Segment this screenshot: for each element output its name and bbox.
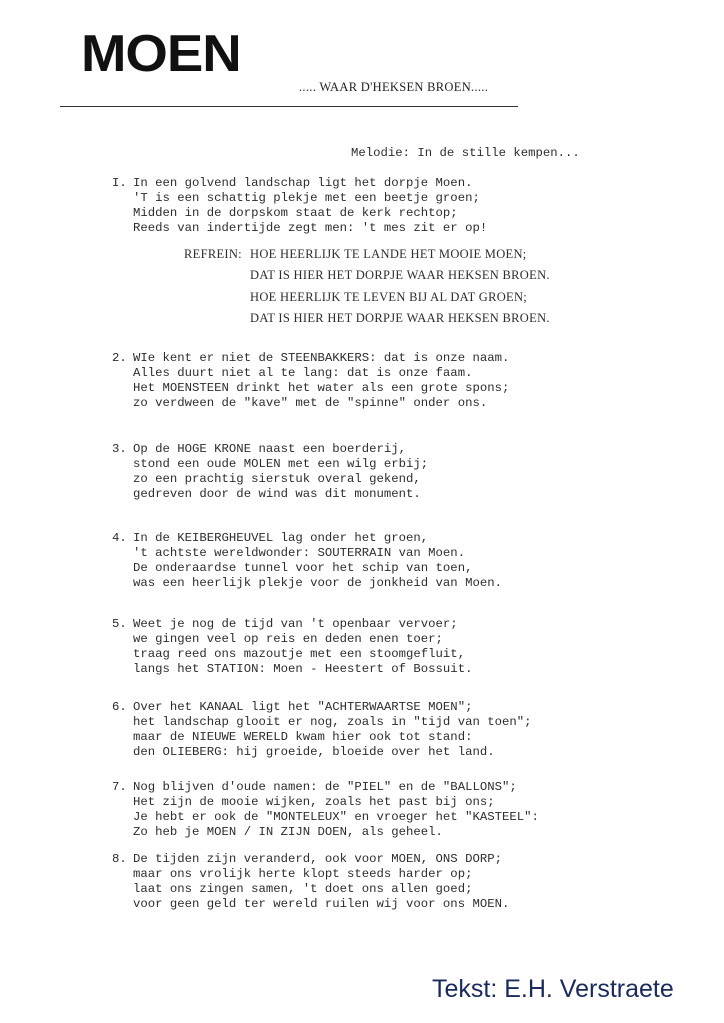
- verse-text: De tijden zijn veranderd, ook voor MOEN,…: [133, 852, 502, 866]
- verse-line: voor geen geld ter wereld ruilen wij voo…: [112, 897, 509, 912]
- verse-text: traag reed ons mazoutje met een stoomgef…: [133, 647, 465, 661]
- verse: 8.De tijden zijn veranderd, ook voor MOE…: [112, 852, 509, 912]
- verse-text: Het MOENSTEEN drinkt het water als een g…: [133, 381, 509, 395]
- verse-text: langs het STATION: Moen - Heestert of Bo…: [133, 662, 472, 676]
- verse-number: 5.: [112, 617, 133, 632]
- refrain-label: REFREIN:: [184, 244, 250, 265]
- verse-line: zo verdween de "kave" met de "spinne" on…: [112, 396, 509, 411]
- verse: 7.Nog blijven d'oude namen: de "PIEL" en…: [112, 780, 539, 840]
- verse-line: langs het STATION: Moen - Heestert of Bo…: [112, 662, 472, 677]
- verse-text: laat ons zingen samen, 't doet ons allen…: [133, 882, 472, 896]
- verse-number: 3.: [112, 442, 133, 457]
- verse: 3.Op de HOGE KRONE naast een boerderij,s…: [112, 442, 428, 502]
- verse-line: De onderaardse tunnel voor het schip van…: [112, 561, 502, 576]
- verse-line: Het zijn de mooie wijken, zoals het past…: [112, 795, 539, 810]
- verse: 4.In de KEIBERGHEUVEL lag onder het groe…: [112, 531, 502, 591]
- verse-text: 'T is een schattig plekje met een beetje…: [133, 191, 480, 205]
- verse-line: Midden in de dorpskom staat de kerk rech…: [112, 206, 487, 221]
- verse-text: maar de NIEUWE WERELD kwam hier ook tot …: [133, 730, 472, 744]
- verse-number: 7.: [112, 780, 133, 795]
- subtitle: ..... WAAR D'HEKSEN BROEN.....: [299, 80, 488, 95]
- verse-number: 8.: [112, 852, 133, 867]
- verse-line: 5.Weet je nog de tijd van 't openbaar ve…: [112, 617, 472, 632]
- verse-text: Alles duurt niet al te lang: dat is onze…: [133, 366, 472, 380]
- verse-number: 2.: [112, 351, 133, 366]
- verse-text: Het zijn de mooie wijken, zoals het past…: [133, 795, 495, 809]
- verse-text: stond een oude MOLEN met een wilg erbij;: [133, 457, 428, 471]
- verse-number: 4.: [112, 531, 133, 546]
- verse-text: Je hebt er ook de "MONTELEUX" en vroeger…: [133, 810, 539, 824]
- verse-line: het landschap glooit er nog, zoals in "t…: [112, 715, 531, 730]
- header-divider: [60, 106, 518, 107]
- verse-text: voor geen geld ter wereld ruilen wij voo…: [133, 897, 509, 911]
- verse-text: was een heerlijk plekje voor de jonkheid…: [133, 576, 502, 590]
- verse-text: Zo heb je MOEN / IN ZIJN DOEN, als gehee…: [133, 825, 443, 839]
- verse-line: 3.Op de HOGE KRONE naast een boerderij,: [112, 442, 428, 457]
- verse-text: Op de HOGE KRONE naast een boerderij,: [133, 442, 406, 456]
- verse-text: Midden in de dorpskom staat de kerk rech…: [133, 206, 458, 220]
- verse-text: De onderaardse tunnel voor het schip van…: [133, 561, 472, 575]
- verse-line: laat ons zingen samen, 't doet ons allen…: [112, 882, 509, 897]
- verse-text: Weet je nog de tijd van 't openbaar verv…: [133, 617, 458, 631]
- verse-text: Over het KANAAL ligt het "ACHTERWAARTSE …: [133, 700, 472, 714]
- verse-line: I.In een golvend landschap ligt het dorp…: [112, 176, 487, 191]
- verse-text: 't achtste wereldwonder: SOUTERRAIN van …: [133, 546, 465, 560]
- verse-line: 2.WIe kent er niet de STEENBAKKERS: dat …: [112, 351, 509, 366]
- verse-line: 4.In de KEIBERGHEUVEL lag onder het groe…: [112, 531, 502, 546]
- verse-line: traag reed ons mazoutje met een stoomgef…: [112, 647, 472, 662]
- melody-note: Melodie: In de stille kempen...: [351, 146, 580, 160]
- verse-line: Je hebt er ook de "MONTELEUX" en vroeger…: [112, 810, 539, 825]
- verse-line: gedreven door de wind was dit monument.: [112, 487, 428, 502]
- author-credit: Tekst: E.H. Verstraete: [432, 975, 674, 1004]
- refrain-line: HOE HEERLIJK TE LEVEN BIJ AL DAT GROEN;: [250, 290, 527, 304]
- verse-text: In een golvend landschap ligt het dorpje…: [133, 176, 472, 190]
- verse-line: was een heerlijk plekje voor de jonkheid…: [112, 576, 502, 591]
- verse-line: maar de NIEUWE WERELD kwam hier ook tot …: [112, 730, 531, 745]
- verse-line: zo een prachtig sierstuk overal gekend,: [112, 472, 428, 487]
- verse-line: 'T is een schattig plekje met een beetje…: [112, 191, 487, 206]
- verse-line: maar ons vrolijk herte klopt steeds hard…: [112, 867, 509, 882]
- verse-text: gedreven door de wind was dit monument.: [133, 487, 421, 501]
- verse: I.In een golvend landschap ligt het dorp…: [112, 176, 487, 236]
- verse: 6.Over het KANAAL ligt het "ACHTERWAARTS…: [112, 700, 531, 760]
- verse-line: we gingen veel op reis en deden enen toe…: [112, 632, 472, 647]
- verse-text: we gingen veel op reis en deden enen toe…: [133, 632, 443, 646]
- verse-line: 7.Nog blijven d'oude namen: de "PIEL" en…: [112, 780, 539, 795]
- verse: 2.WIe kent er niet de STEENBAKKERS: dat …: [112, 351, 509, 411]
- verse-text: zo een prachtig sierstuk overal gekend,: [133, 472, 421, 486]
- verse-number: 6.: [112, 700, 133, 715]
- verse-line: den OLIEBERG: hij groeide, bloeide over …: [112, 745, 531, 760]
- verse-number: I.: [112, 176, 133, 191]
- verse-line: 8.De tijden zijn veranderd, ook voor MOE…: [112, 852, 509, 867]
- verse-text: Reeds van indertijde zegt men: 't mes zi…: [133, 221, 487, 235]
- verse-line: Alles duurt niet al te lang: dat is onze…: [112, 366, 509, 381]
- verse-text: Nog blijven d'oude namen: de "PIEL" en d…: [133, 780, 517, 794]
- refrain: REFREIN:HOE HEERLIJK TE LANDE HET MOOIE …: [184, 244, 550, 329]
- refrain-line: HOE HEERLIJK TE LANDE HET MOOIE MOEN;: [250, 247, 527, 261]
- verse: 5.Weet je nog de tijd van 't openbaar ve…: [112, 617, 472, 677]
- verse-line: Zo heb je MOEN / IN ZIJN DOEN, als gehee…: [112, 825, 539, 840]
- verse-text: WIe kent er niet de STEENBAKKERS: dat is…: [133, 351, 509, 365]
- verse-line: Reeds van indertijde zegt men: 't mes zi…: [112, 221, 487, 236]
- verse-line: 't achtste wereldwonder: SOUTERRAIN van …: [112, 546, 502, 561]
- refrain-line: DAT IS HIER HET DORPJE WAAR HEKSEN BROEN…: [250, 311, 550, 325]
- verse-text: het landschap glooit er nog, zoals in "t…: [133, 715, 531, 729]
- verse-text: maar ons vrolijk herte klopt steeds hard…: [133, 867, 472, 881]
- verse-text: den OLIEBERG: hij groeide, bloeide over …: [133, 745, 495, 759]
- verse-line: stond een oude MOLEN met een wilg erbij;: [112, 457, 428, 472]
- page-title: MOEN: [81, 28, 241, 80]
- verse-line: 6.Over het KANAAL ligt het "ACHTERWAARTS…: [112, 700, 531, 715]
- verse-text: zo verdween de "kave" met de "spinne" on…: [133, 396, 487, 410]
- verse-line: Het MOENSTEEN drinkt het water als een g…: [112, 381, 509, 396]
- verse-text: In de KEIBERGHEUVEL lag onder het groen,: [133, 531, 428, 545]
- refrain-line: DAT IS HIER HET DORPJE WAAR HEKSEN BROEN…: [250, 268, 550, 282]
